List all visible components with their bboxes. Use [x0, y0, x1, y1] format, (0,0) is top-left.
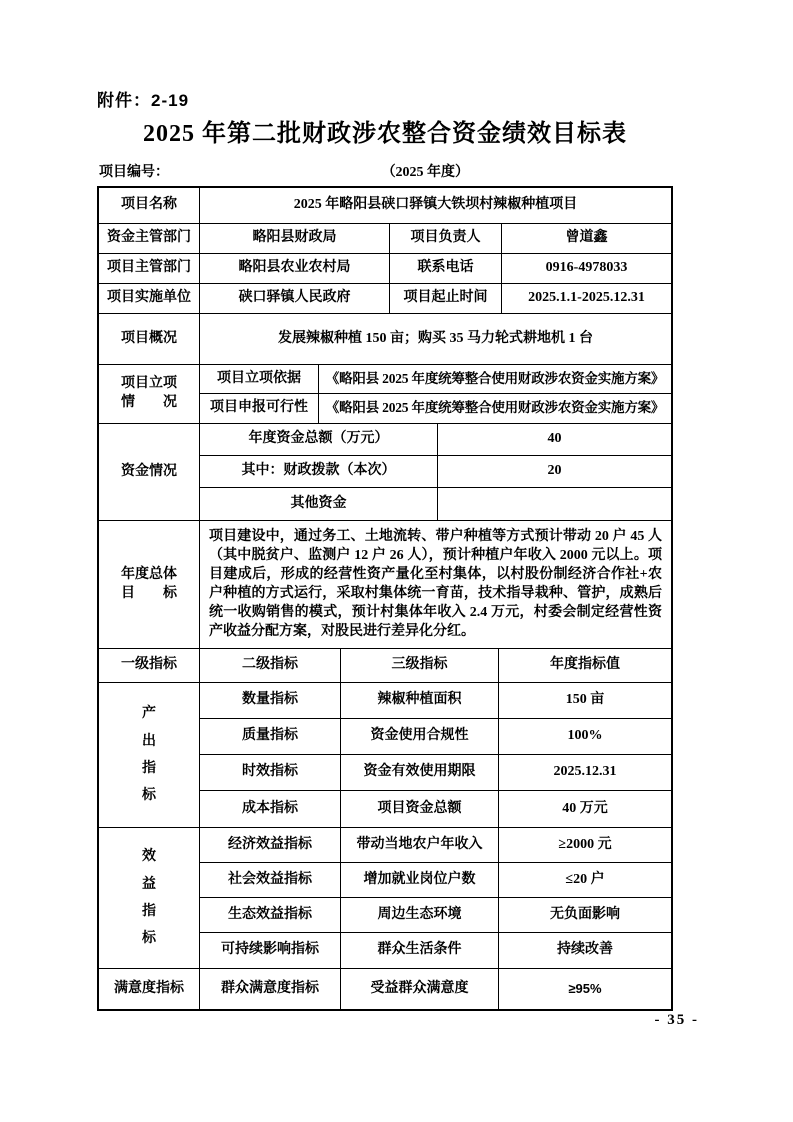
- table-row: 质量指标 资金使用合规性 100%: [200, 719, 671, 755]
- initiation-rows: 项目立项依据 《略阳县 2025 年度统筹整合使用财政涉农资金实施方案》 项目申…: [200, 365, 671, 423]
- phone-value: 0916-4978033: [502, 254, 671, 283]
- quantity-indicator-name: 辣椒种植面积: [341, 683, 499, 718]
- satisfaction-indicator-row: 满意度指标 群众满意度指标 受益群众满意度 ≥95%: [99, 969, 671, 1009]
- initiation-label: 项目立项 情 况: [99, 365, 200, 423]
- benefit-indicator-label: 效益指标: [99, 828, 200, 968]
- table-row: 其中：财政拨款（本次） 20: [200, 456, 671, 488]
- timeliness-indicator-label: 时效指标: [200, 755, 341, 790]
- public-satisfaction-value: ≥95%: [499, 969, 671, 1009]
- table-row: 项目立项依据 《略阳县 2025 年度统筹整合使用财政涉农资金实施方案》: [200, 365, 671, 394]
- table-row: 可持续影响指标 群众生活条件 持续改善: [200, 933, 671, 968]
- ecological-benefit-name: 周边生态环境: [341, 898, 499, 932]
- duration-value: 2025.1.1-2025.12.31: [502, 284, 671, 313]
- sustainability-indicator-label: 可持续影响指标: [200, 933, 341, 968]
- other-funds-label: 其他资金: [200, 488, 438, 520]
- initiation-feasibility-value: 《略阳县 2025 年度统筹整合使用财政涉农资金实施方案》: [319, 394, 671, 423]
- satisfaction-indicator-label: 满意度指标: [99, 969, 200, 1009]
- project-dept-label: 项目主管部门: [99, 254, 200, 283]
- table-row: 项目实施单位 硖口驿镇人民政府 项目起止时间 2025.1.1-2025.12.…: [99, 284, 671, 314]
- cost-indicator-name: 项目资金总额: [341, 791, 499, 827]
- other-funds-value: [438, 488, 671, 520]
- timeliness-indicator-name: 资金有效使用期限: [341, 755, 499, 790]
- annual-goal-label: 年度总体 目 标: [99, 521, 200, 648]
- public-satisfaction-name: 受益群众满意度: [341, 969, 499, 1009]
- funding-section: 资金情况 年度资金总额（万元） 40 其中：财政拨款（本次） 20 其他资金: [99, 424, 671, 521]
- project-number-label: 项目编号：: [99, 161, 169, 181]
- social-benefit-name: 增加就业岗位户数: [341, 863, 499, 897]
- year-label: （2025 年度）: [382, 161, 470, 181]
- table-row: 经济效益指标 带动当地农户年收入 ≥2000 元: [200, 828, 671, 863]
- indicator-header-row: 一级指标 二级指标 三级指标 年度指标值: [99, 649, 671, 683]
- output-indicator-label: 产出指标: [99, 683, 200, 827]
- duration-label: 项目起止时间: [390, 284, 502, 313]
- quantity-indicator-value: 150 亩: [499, 683, 671, 718]
- output-indicator-rows: 数量指标 辣椒种植面积 150 亩 质量指标 资金使用合规性 100% 时效指标…: [200, 683, 671, 827]
- economic-benefit-name: 带动当地农户年收入: [341, 828, 499, 862]
- page-number: - 35 -: [655, 1012, 700, 1029]
- output-indicator-vertical-text: 产出指标: [141, 700, 156, 809]
- annual-total-label: 年度资金总额（万元）: [200, 424, 438, 455]
- benefit-indicator-section: 效益指标 经济效益指标 带动当地农户年收入 ≥2000 元 社会效益指标 增加就…: [99, 828, 671, 969]
- table-row: 其他资金: [200, 488, 671, 520]
- table-row: 成本指标 项目资金总额 40 万元: [200, 791, 671, 827]
- annual-goal-value: 项目建设中，通过务工、土地流转、带户种植等方式预计带动 20 户 45 人（其中…: [200, 521, 671, 648]
- fiscal-allocation-value: 20: [438, 456, 671, 487]
- output-indicator-section: 产出指标 数量指标 辣椒种植面积 150 亩 质量指标 资金使用合规性 100%…: [99, 683, 671, 828]
- annual-total-value: 40: [438, 424, 671, 455]
- document-page: 附件：2-19 2025 年第二批财政涉农整合资金绩效目标表 项目编号： （20…: [0, 0, 793, 1122]
- economic-benefit-value: ≥2000 元: [499, 828, 671, 862]
- social-benefit-value: ≤20 户: [499, 863, 671, 897]
- funding-label: 资金情况: [99, 424, 200, 520]
- quality-indicator-name: 资金使用合规性: [341, 719, 499, 754]
- benefit-indicator-vertical-text: 效益指标: [141, 843, 156, 952]
- header-annual-value: 年度指标值: [499, 649, 671, 682]
- fund-dept-value: 略阳县财政局: [200, 224, 390, 253]
- attachment-label: 附件：2-19: [97, 86, 189, 111]
- project-number-row: 项目编号： （2025 年度）: [97, 161, 673, 181]
- table-row: 项目主管部门 略阳县农业农村局 联系电话 0916-4978033: [99, 254, 671, 284]
- table-row: 社会效益指标 增加就业岗位户数 ≤20 户: [200, 863, 671, 898]
- table-row: 项目名称 2025 年略阳县硖口驿镇大铁坝村辣椒种植项目: [99, 188, 671, 224]
- header-level1: 一级指标: [99, 649, 200, 682]
- table-row: 项目概况 发展辣椒种植 150 亩；购买 35 马力轮式耕地机 1 台: [99, 314, 671, 365]
- fund-dept-label: 资金主管部门: [99, 224, 200, 253]
- header-level3: 三级指标: [341, 649, 499, 682]
- ecological-benefit-label: 生态效益指标: [200, 898, 341, 932]
- quality-indicator-label: 质量指标: [200, 719, 341, 754]
- header-level2: 二级指标: [200, 649, 341, 682]
- initiation-feasibility-label: 项目申报可行性: [200, 394, 319, 423]
- initiation-section: 项目立项 情 况 项目立项依据 《略阳县 2025 年度统筹整合使用财政涉农资金…: [99, 365, 671, 424]
- table-row: 时效指标 资金有效使用期限 2025.12.31: [200, 755, 671, 791]
- funding-rows: 年度资金总额（万元） 40 其中：财政拨款（本次） 20 其他资金: [200, 424, 671, 520]
- sustainability-indicator-name: 群众生活条件: [341, 933, 499, 968]
- table-row: 数量指标 辣椒种植面积 150 亩: [200, 683, 671, 719]
- public-satisfaction-label: 群众满意度指标: [200, 969, 341, 1009]
- project-name-value: 2025 年略阳县硖口驿镇大铁坝村辣椒种植项目: [200, 188, 671, 223]
- benefit-indicator-rows: 经济效益指标 带动当地农户年收入 ≥2000 元 社会效益指标 增加就业岗位户数…: [200, 828, 671, 968]
- annual-goal-section: 年度总体 目 标 项目建设中，通过务工、土地流转、带户种植等方式预计带动 20 …: [99, 521, 671, 649]
- project-name-label: 项目名称: [99, 188, 200, 223]
- initiation-basis-label: 项目立项依据: [200, 365, 319, 393]
- quantity-indicator-label: 数量指标: [200, 683, 341, 718]
- phone-label: 联系电话: [390, 254, 502, 283]
- project-dept-value: 略阳县农业农村局: [200, 254, 390, 283]
- ecological-benefit-value: 无负面影响: [499, 898, 671, 932]
- page-title: 2025 年第二批财政涉农整合资金绩效目标表: [97, 113, 673, 148]
- economic-benefit-label: 经济效益指标: [200, 828, 341, 862]
- fiscal-allocation-label: 其中：财政拨款（本次）: [200, 456, 438, 487]
- sustainability-indicator-value: 持续改善: [499, 933, 671, 968]
- project-leader-value: 曾道鑫: [502, 224, 671, 253]
- table-row: 资金主管部门 略阳县财政局 项目负责人 曾道鑫: [99, 224, 671, 254]
- initiation-basis-value: 《略阳县 2025 年度统筹整合使用财政涉农资金实施方案》: [319, 365, 671, 393]
- quality-indicator-value: 100%: [499, 719, 671, 754]
- timeliness-indicator-value: 2025.12.31: [499, 755, 671, 790]
- implement-unit-label: 项目实施单位: [99, 284, 200, 313]
- table-row: 项目申报可行性 《略阳县 2025 年度统筹整合使用财政涉农资金实施方案》: [200, 394, 671, 423]
- project-leader-label: 项目负责人: [390, 224, 502, 253]
- cost-indicator-label: 成本指标: [200, 791, 341, 827]
- table-row: 年度资金总额（万元） 40: [200, 424, 671, 456]
- table-row: 生态效益指标 周边生态环境 无负面影响: [200, 898, 671, 933]
- overview-label: 项目概况: [99, 314, 200, 364]
- implement-unit-value: 硖口驿镇人民政府: [200, 284, 390, 313]
- performance-target-table: 项目名称 2025 年略阳县硖口驿镇大铁坝村辣椒种植项目 资金主管部门 略阳县财…: [97, 186, 673, 1011]
- overview-value: 发展辣椒种植 150 亩；购买 35 马力轮式耕地机 1 台: [200, 314, 671, 364]
- social-benefit-label: 社会效益指标: [200, 863, 341, 897]
- cost-indicator-value: 40 万元: [499, 791, 671, 827]
